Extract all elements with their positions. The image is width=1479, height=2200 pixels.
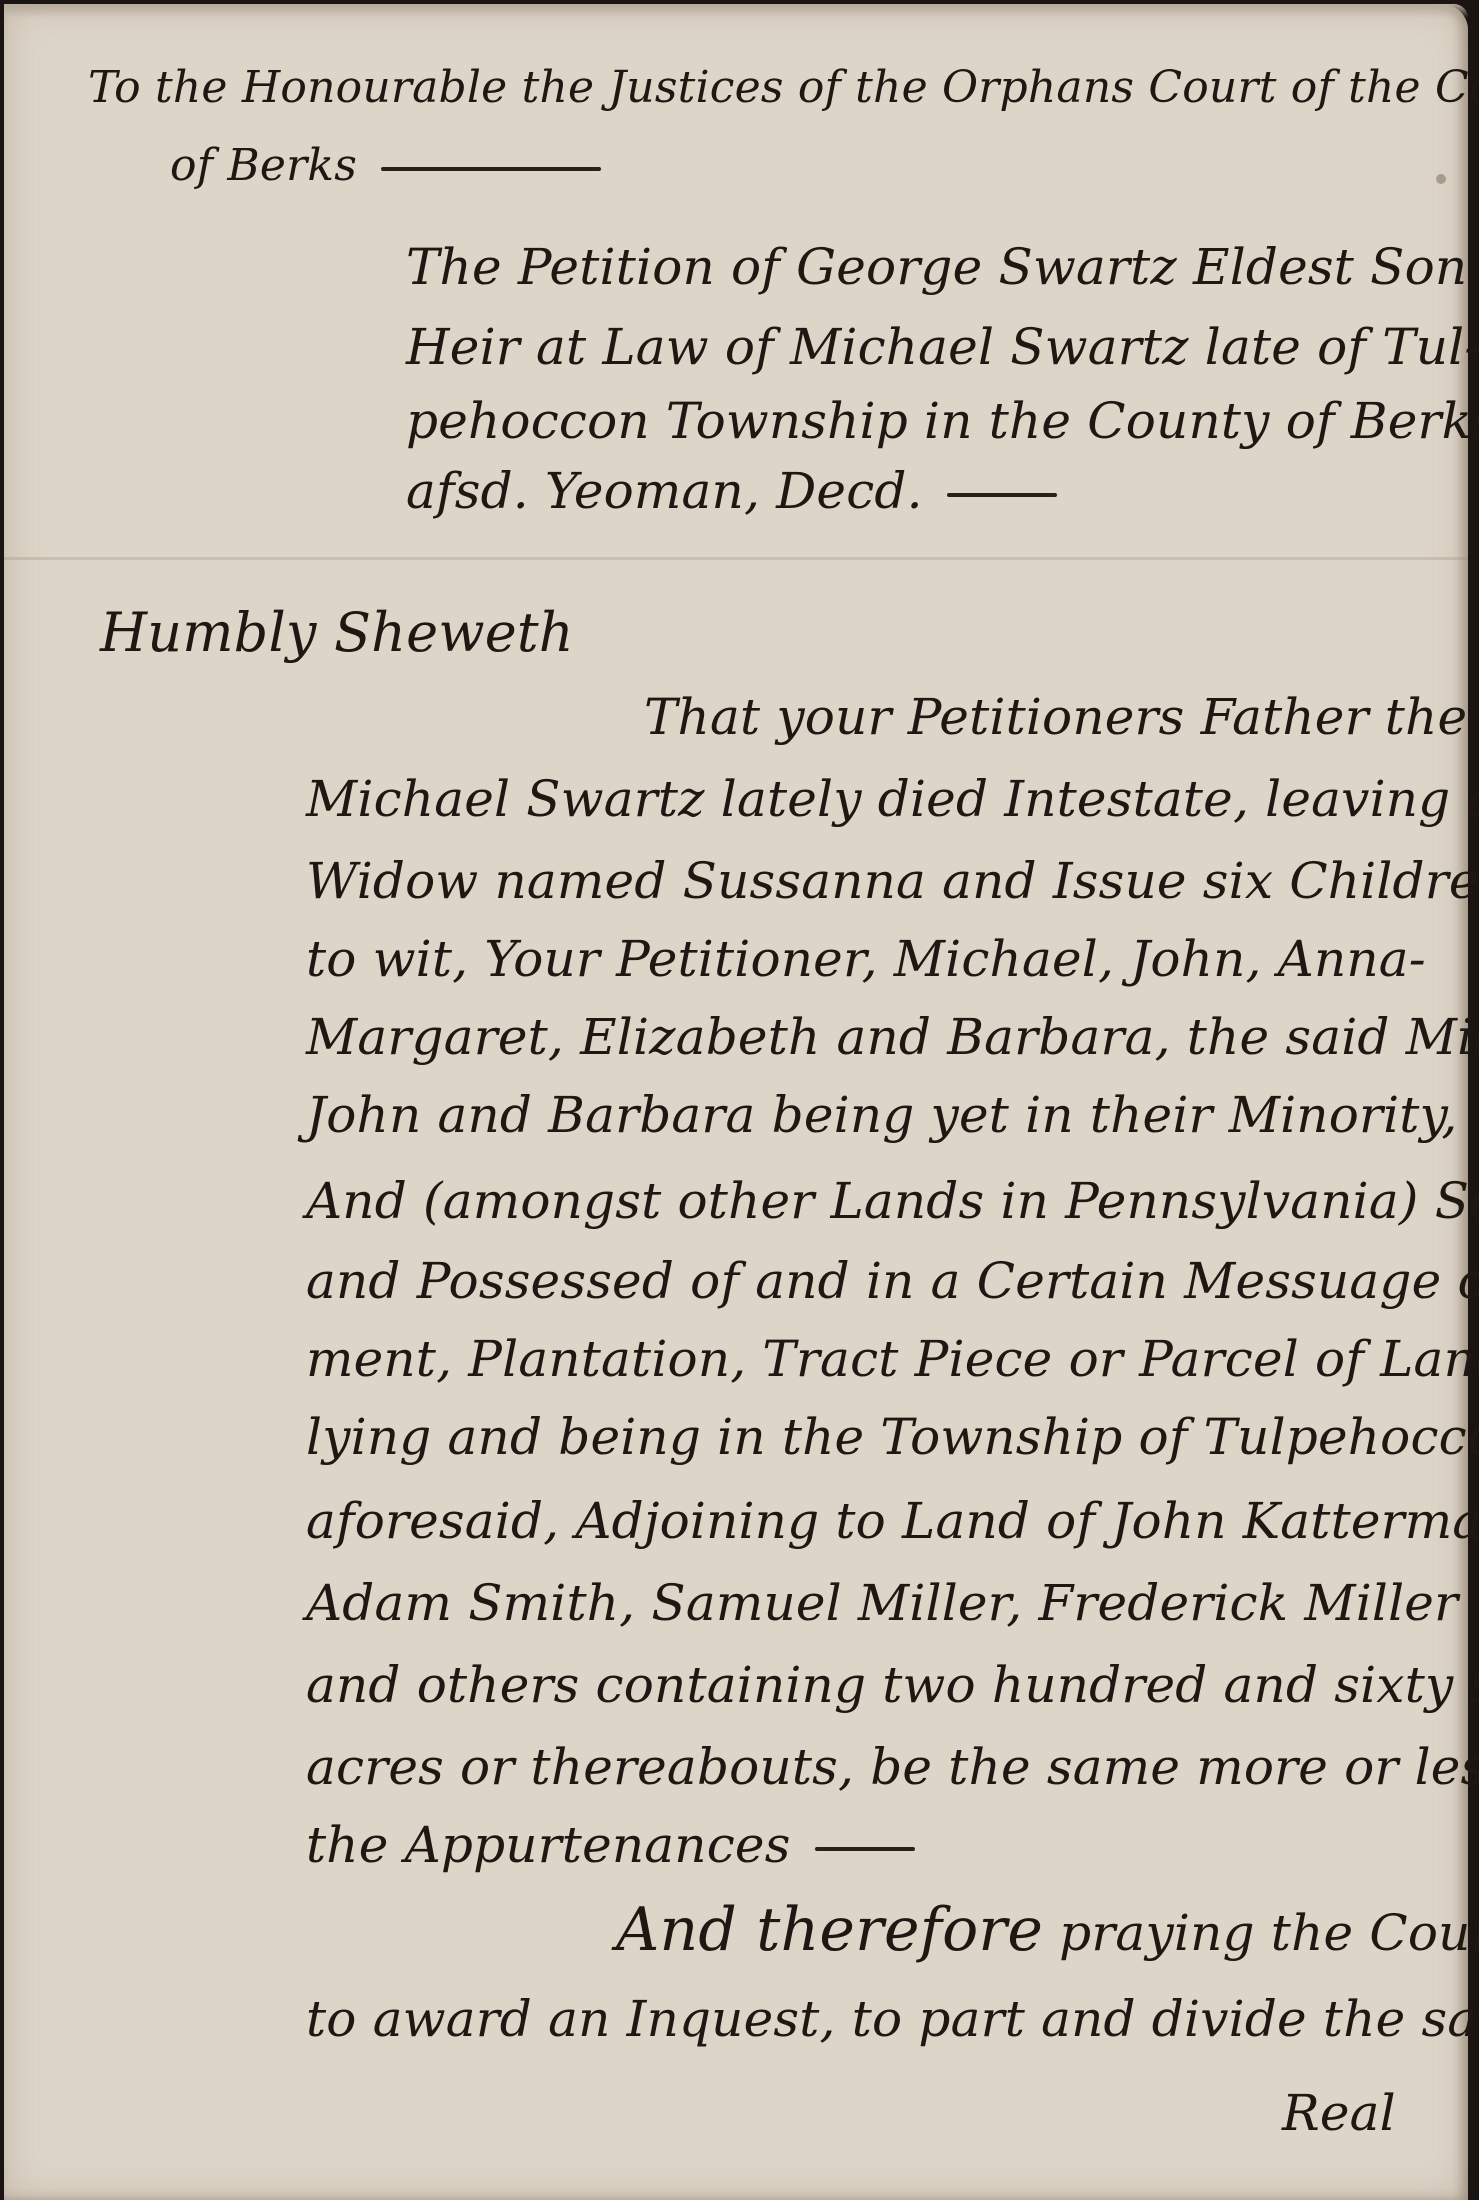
petition-header-line-4: afsd. Yeoman, Decd. <box>406 466 1057 516</box>
body-line-14: acres or thereabouts, be the same more o… <box>306 1742 1479 1792</box>
petition-header-line-3: pehoccon Township in the County of Berks <box>406 396 1479 446</box>
prayer-lead: And therefore <box>616 1895 1043 1965</box>
manuscript-page: To the Honourable the Justices of the Or… <box>4 4 1468 2200</box>
flourish-dash <box>947 493 1057 497</box>
body-line-15: the Appurtenances <box>306 1820 915 1870</box>
body-line-9: ment, Plantation, Tract Piece or Parcel … <box>306 1334 1479 1384</box>
body-line-2: Michael Swartz lately died Intestate, le… <box>306 774 1479 824</box>
address-line-1: To the Honourable the Justices of the Or… <box>88 66 1479 110</box>
body-line-12: Adam Smith, Samuel Miller, Frederick Mil… <box>306 1578 1458 1628</box>
body-line-15-text: the Appurtenances <box>306 1816 791 1874</box>
body-line-11: aforesaid, Adjoining to Land of John Kat… <box>306 1496 1479 1546</box>
body-line-3: Widow named Sussanna and Issue six Child… <box>306 856 1479 906</box>
address-line-2: of Berks <box>170 144 601 188</box>
address-line-2-text: of Berks <box>170 140 357 191</box>
body-line-10: lying and being in the Township of Tulpe… <box>306 1412 1479 1462</box>
flourish-dash <box>815 1847 915 1851</box>
petition-header-line-4-text: afsd. Yeoman, Decd. <box>406 462 923 520</box>
petition-header-line-2: Heir at Law of Michael Swartz late of Tu… <box>406 322 1479 372</box>
prayer-line-2: to award an Inquest, to part and divide … <box>306 1994 1479 2044</box>
body-line-6: John and Barbara being yet in their Mino… <box>306 1090 1457 1140</box>
body-line-4: to wit, Your Petitioner, Michael, John, … <box>306 934 1426 984</box>
body-line-13: and others containing two hundred and si… <box>306 1660 1479 1710</box>
paper-fold-line <box>4 557 1468 560</box>
ink-stain <box>1436 174 1446 184</box>
body-line-8: and Possessed of and in a Certain Messua… <box>306 1256 1479 1306</box>
body-line-7: And (amongst other Lands in Pennsylvania… <box>306 1176 1479 1226</box>
salutation-heading: Humbly Sheweth <box>100 606 574 660</box>
catchword: Real <box>1282 2088 1396 2138</box>
prayer-line-1: And therefore praying the Court <box>616 1900 1479 1960</box>
body-line-1: That your Petitioners Father the said <box>644 692 1479 742</box>
body-line-5: Margaret, Elizabeth and Barbara, the sai… <box>306 1012 1479 1062</box>
petition-header-line-1: The Petition of George Swartz Eldest Son… <box>406 242 1479 292</box>
prayer-lead-rest: praying the Court <box>1059 1904 1479 1962</box>
flourish-dash <box>381 167 601 171</box>
